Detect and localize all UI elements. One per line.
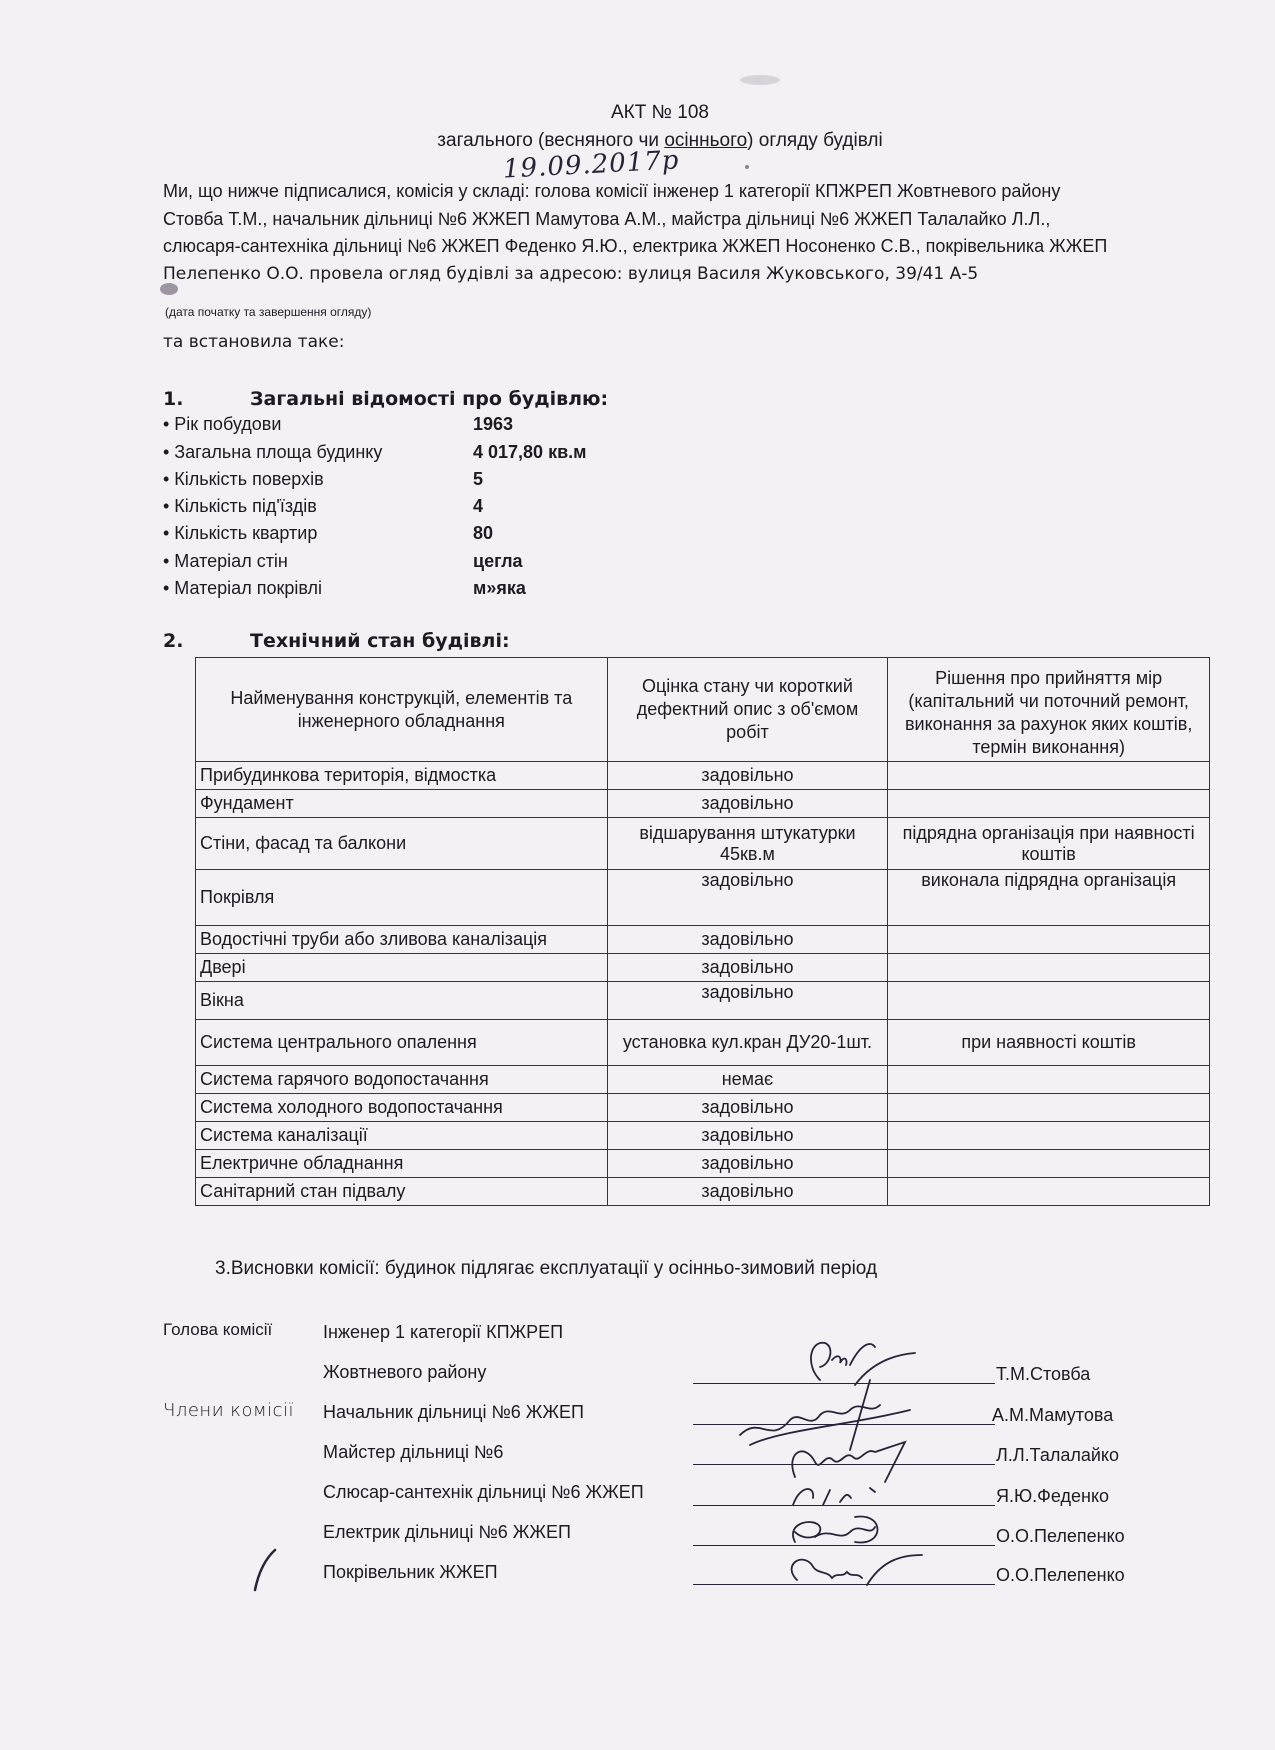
- cell-element: Система центрального опалення: [196, 1020, 608, 1066]
- info-label: • Кількість квартир: [163, 523, 473, 544]
- table-row: Система холодного водопостачання задовіл…: [196, 1094, 1210, 1122]
- margin-pen-mark: [250, 1545, 280, 1595]
- cell-decision: [888, 1150, 1210, 1178]
- signature-scribble-fedenko: [785, 1480, 895, 1510]
- table-row: Стіни, фасад та балкони відшарування шту…: [196, 818, 1210, 870]
- signatory-role: Майстер дільниці №6: [323, 1442, 503, 1463]
- cell-assessment: задовільно: [607, 1178, 888, 1206]
- commission-conclusion: 3.Висновки комісії: будинок підлягає екс…: [215, 1258, 877, 1280]
- cell-element: Двері: [196, 954, 608, 982]
- cell-decision: [888, 790, 1210, 818]
- info-build-year: • Рік побудови1963: [163, 414, 513, 435]
- signatory-role: Слюсар-сантехнік дільниці №6 ЖЖЕП: [323, 1482, 644, 1503]
- cell-decision: [888, 762, 1210, 790]
- section2-number: 2.: [163, 630, 183, 652]
- info-value: 4 017,80 кв.м: [473, 442, 586, 463]
- table-row: Система гарячого водопостачання немає: [196, 1066, 1210, 1094]
- scan-speck: [740, 75, 780, 85]
- cell-assessment: задовільно: [607, 926, 888, 954]
- info-label: • Матеріал покрівлі: [163, 578, 473, 599]
- cell-element: Система холодного водопостачання: [196, 1094, 608, 1122]
- info-label: • Кількість під'їздів: [163, 496, 473, 517]
- intro-line: Стовба Т.М., начальник дільниці №6 ЖЖЕП …: [163, 206, 1107, 234]
- scan-speck: [745, 165, 749, 169]
- info-value: 80: [473, 523, 493, 544]
- subtitle-suffix: ) огляду будівлі: [747, 130, 883, 151]
- table-row: Прибудинкова територія, відмостка задові…: [196, 762, 1210, 790]
- cell-decision: при наявності коштів: [888, 1020, 1210, 1066]
- info-wall-material: • Матеріал стінцегла: [163, 551, 523, 572]
- table-row: Санітарний стан підвалу задовільно: [196, 1178, 1210, 1206]
- info-label: • Кількість поверхів: [163, 469, 473, 490]
- cell-assessment: відшарування штукатурки 45кв.м: [607, 818, 888, 870]
- intro-line: Пелепенко О.О. провела огляд будівлі за …: [163, 261, 1107, 289]
- table-row: Вікна задовільно: [196, 982, 1210, 1020]
- cell-decision: [888, 954, 1210, 982]
- section1-number: 1.: [163, 388, 183, 410]
- table-row: Водостічні труби або зливова каналізація…: [196, 926, 1210, 954]
- cell-assessment: задовільно: [607, 790, 888, 818]
- date-caption: (дата початку та завершення огляду): [165, 305, 371, 319]
- cell-assessment: задовільно: [607, 762, 888, 790]
- cell-assessment: установка кул.кран ДУ20-1шт.: [607, 1020, 888, 1066]
- cell-element: Покрівля: [196, 870, 608, 926]
- info-value: 4: [473, 496, 483, 517]
- signatory-name: Л.Л.Талалайко: [996, 1445, 1119, 1466]
- table-row: Система центрального опалення установка …: [196, 1020, 1210, 1066]
- info-label: • Загальна площа будинку: [163, 442, 473, 463]
- cell-decision: [888, 1178, 1210, 1206]
- signature-scribble-pelepenko-1: [785, 1512, 895, 1552]
- cell-assessment: немає: [607, 1066, 888, 1094]
- cell-decision: [888, 1122, 1210, 1150]
- section2-title: Технічний стан будівлі:: [250, 630, 510, 652]
- cell-decision: [888, 926, 1210, 954]
- members-label: Члени комісії: [163, 1400, 294, 1421]
- info-entrances: • Кількість під'їздів4: [163, 496, 483, 517]
- info-value: 5: [473, 469, 483, 490]
- signatory-role: Покрівельник ЖЖЕП: [323, 1562, 498, 1583]
- cell-assessment: задовільно: [607, 1094, 888, 1122]
- signatory-role: Жовтневого району: [323, 1362, 486, 1383]
- act-title: АКТ № 108: [0, 102, 1275, 124]
- established-text: та встановила таке:: [163, 332, 344, 352]
- cell-assessment: задовільно: [607, 1122, 888, 1150]
- technical-condition-table: Найменування конструкцій, елементів та і…: [195, 657, 1210, 1206]
- header-element: Найменування конструкцій, елементів та і…: [196, 658, 608, 762]
- cell-element: Стіни, фасад та балкони: [196, 818, 608, 870]
- info-value: м»яка: [473, 578, 526, 599]
- table-row: Покрівля задовільно виконала підрядна ор…: [196, 870, 1210, 926]
- cell-element: Система каналізації: [196, 1122, 608, 1150]
- intro-paragraph: Ми, що нижче підписалися, комісія у скла…: [163, 178, 1107, 288]
- cell-assessment: задовільно: [607, 954, 888, 982]
- table-header-row: Найменування конструкцій, елементів та і…: [196, 658, 1210, 762]
- table-row: Фундамент задовільно: [196, 790, 1210, 818]
- cell-element: Система гарячого водопостачання: [196, 1066, 608, 1094]
- header-decision: Рішення про прийняття мір (капітальний ч…: [888, 658, 1210, 762]
- scan-speck: [160, 283, 178, 295]
- signatory-role: Начальник дільниці №6 ЖЖЕП: [323, 1402, 584, 1423]
- cell-decision: [888, 982, 1210, 1020]
- intro-line: слюсаря-сантехніка дільниці №6 ЖЖЕП Феде…: [163, 233, 1107, 261]
- cell-element: Прибудинкова територія, відмостка: [196, 762, 608, 790]
- cell-decision: підрядна організація при наявності кошті…: [888, 818, 1210, 870]
- cell-element: Електричне обладнання: [196, 1150, 608, 1178]
- info-label: • Рік побудови: [163, 414, 473, 435]
- cell-element: Водостічні труби або зливова каналізація: [196, 926, 608, 954]
- cell-assessment: задовільно: [607, 870, 888, 926]
- table-row: Електричне обладнання задовільно: [196, 1150, 1210, 1178]
- intro-line: Ми, що нижче підписалися, комісія у скла…: [163, 178, 1107, 206]
- signatory-name: Т.М.Стовба: [996, 1364, 1090, 1385]
- info-roof-material: • Матеріал покрівлім»яка: [163, 578, 526, 599]
- signature-scribble-pelepenko-2: [782, 1550, 932, 1590]
- signatory-role: Інженер 1 категорії КПЖРЕП: [323, 1322, 563, 1343]
- section1-title: Загальні відомості про будівлю:: [250, 388, 608, 410]
- cell-decision: [888, 1094, 1210, 1122]
- cell-element: Фундамент: [196, 790, 608, 818]
- info-floors: • Кількість поверхів5: [163, 469, 483, 490]
- info-value: цегла: [473, 551, 523, 572]
- signatory-name: О.О.Пелепенко: [996, 1526, 1125, 1547]
- cell-element: Санітарний стан підвалу: [196, 1178, 608, 1206]
- cell-assessment: задовільно: [607, 1150, 888, 1178]
- table-row: Система каналізації задовільно: [196, 1122, 1210, 1150]
- cell-decision: виконала підрядна організація: [888, 870, 1210, 926]
- cell-element: Вікна: [196, 982, 608, 1020]
- signature-scribble-talalaiko: [785, 1432, 915, 1487]
- signatory-name: О.О.Пелепенко: [996, 1565, 1125, 1586]
- header-assessment: Оцінка стану чи короткий дефектний опис …: [607, 658, 888, 762]
- info-total-area: • Загальна площа будинку4 017,80 кв.м: [163, 442, 586, 463]
- cell-decision: [888, 1066, 1210, 1094]
- info-value: 1963: [473, 414, 513, 435]
- signatory-role: Електрик дільниці №6 ЖЖЕП: [323, 1522, 571, 1543]
- info-label: • Матеріал стін: [163, 551, 473, 572]
- info-apartments: • Кількість квартир80: [163, 523, 493, 544]
- table-row: Двері задовільно: [196, 954, 1210, 982]
- signatory-name: А.М.Мамутова: [992, 1405, 1113, 1426]
- signatory-name: Я.Ю.Феденко: [996, 1486, 1109, 1507]
- chair-label: Голова комісії: [163, 1320, 272, 1340]
- cell-assessment: задовільно: [607, 982, 888, 1020]
